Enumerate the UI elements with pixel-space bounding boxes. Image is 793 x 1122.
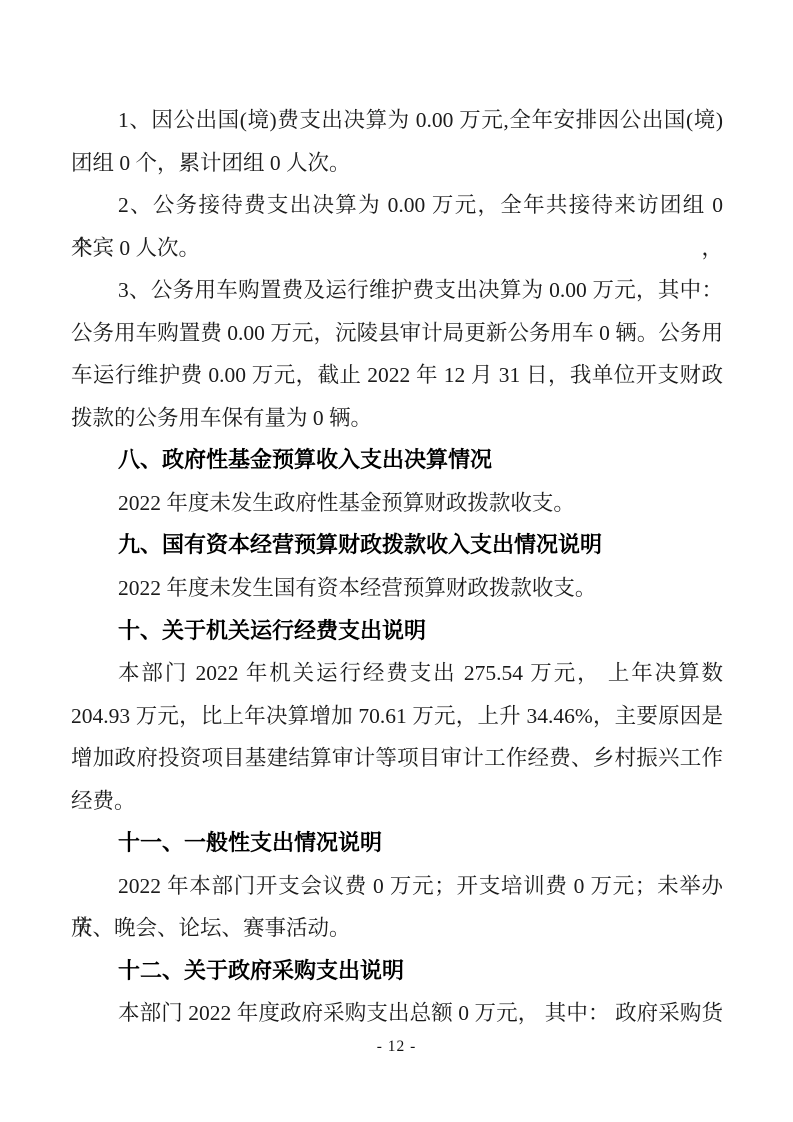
section-heading-9: 九、国有资本经营预算财政拨款收入支出情况说明 xyxy=(71,524,723,567)
paragraph-line: 3、公务用车购置费及运行维护费支出决算为 0.00 万元，其中： xyxy=(71,269,723,312)
paragraph-line: 拨款的公务用车保有量为 0 辆。 xyxy=(71,397,723,440)
document-body: 1、因公出国(境)费支出决算为 0.00 万元,全年安排因公出国(境) 团组 0… xyxy=(71,0,723,1035)
paragraph-line: 2022 年本部门开支会议费 0 万元；开支培训费 0 万元；未举办节 xyxy=(71,865,723,908)
paragraph-line: 增加政府投资项目基建结算审计等项目审计工作经费、乡村振兴工作 xyxy=(71,737,723,780)
paragraph-line: 2022 年度未发生国有资本经营预算财政拨款收支。 xyxy=(71,567,723,610)
paragraph-line: 2022 年度未发生政府性基金预算财政拨款收支。 xyxy=(71,482,723,525)
paragraph-line: 团组 0 个，累计团组 0 人次。 xyxy=(71,142,723,185)
page-number: - 12 - xyxy=(0,1036,793,1058)
section-heading-11: 十一、一般性支出情况说明 xyxy=(71,822,723,865)
document-page: 1、因公出国(境)费支出决算为 0.00 万元,全年安排因公出国(境) 团组 0… xyxy=(0,0,793,1122)
paragraph-line: 204.93 万元，比上年决算增加 70.61 万元，上升 34.46%，主要原… xyxy=(71,695,723,738)
paragraph-line: 车运行维护费 0.00 万元，截止 2022 年 12 月 31 日，我单位开支… xyxy=(71,354,723,397)
paragraph-line: 经费。 xyxy=(71,780,723,823)
section-heading-10: 十、关于机关运行经费支出说明 xyxy=(71,610,723,653)
paragraph-line: 2、公务接待费支出决算为 0.00 万元，全年共接待来访团组 0 个， xyxy=(71,184,723,227)
section-heading-8: 八、政府性基金预算收入支出决算情况 xyxy=(71,439,723,482)
paragraph-line: 1、因公出国(境)费支出决算为 0.00 万元,全年安排因公出国(境) xyxy=(71,99,723,142)
section-heading-12: 十二、关于政府采购支出说明 xyxy=(71,950,723,993)
paragraph-line: 本部门 2022 年机关运行经费支出 275.54 万元， 上年决算数 xyxy=(71,652,723,695)
paragraph-line: 公务用车购置费 0.00 万元，沅陵县审计局更新公务用车 0 辆。公务用 xyxy=(71,312,723,355)
paragraph-line: 本部门 2022 年度政府采购支出总额 0 万元， 其中： 政府采购货 xyxy=(71,992,723,1035)
paragraph-line: 庆、晚会、论坛、赛事活动。 xyxy=(71,907,723,950)
